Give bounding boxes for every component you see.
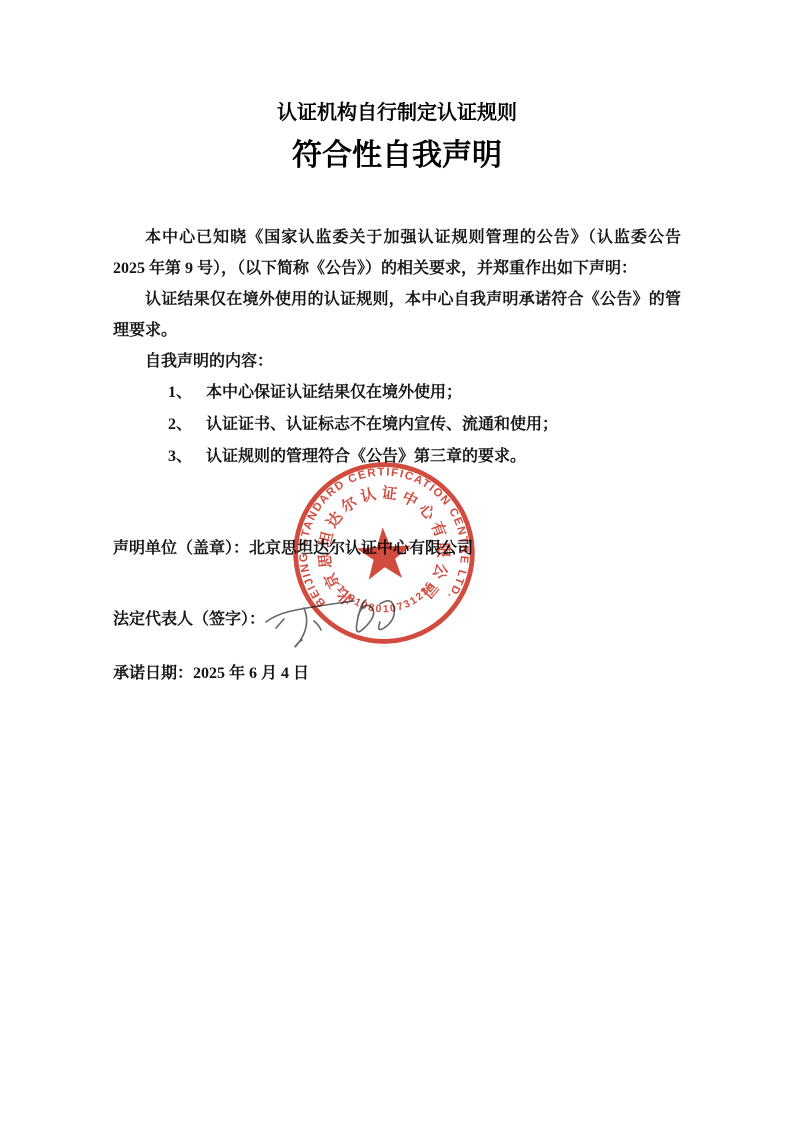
declarant-label: 声明单位（盖章）： <box>113 540 249 557</box>
list-item-1: 1、 本中心保证认证结果仅在境外使用； <box>168 377 681 409</box>
commitment-date-value: 2025 年 6 月 4 日 <box>193 665 309 682</box>
declarant-line: 声明单位（盖章）：北京思坦达尔认证中心有限公司 <box>113 533 681 564</box>
doc-title-line1: 认证机构自行制定认证规则 <box>113 100 681 126</box>
document-content: 认证机构自行制定认证规则 符合性自我声明 本中心已知晓《国家认监委关于加强认证规… <box>0 0 794 689</box>
paragraph-declaration-heading: 自我声明的内容： <box>113 346 681 377</box>
commitment-date-line: 承诺日期：2025 年 6 月 4 日 <box>113 658 681 689</box>
doc-title-line2: 符合性自我声明 <box>113 136 681 176</box>
paragraph-intro: 本中心已知晓《国家认监委关于加强认证规则管理的公告》（认监委公告 2025 年第… <box>113 222 681 284</box>
list-item-2-marker: 2、 <box>168 409 192 441</box>
list-item-3-marker: 3、 <box>168 441 192 473</box>
list-item-2: 2、 认证证书、认证标志不在境内宣传、流通和使用； <box>168 409 681 441</box>
list-item-1-marker: 1、 <box>168 377 192 409</box>
declaration-list: 1、 本中心保证认证结果仅在境外使用； 2、 认证证书、认证标志不在境内宣传、流… <box>113 377 681 473</box>
list-item-2-text: 认证证书、认证标志不在境内宣传、流通和使用； <box>206 409 558 441</box>
list-item-3-text: 认证规则的管理符合《公告》第三章的要求。 <box>206 441 526 473</box>
document-page: 认证机构自行制定认证规则 符合性自我声明 本中心已知晓《国家认监委关于加强认证规… <box>0 0 794 1123</box>
declarant-company-name: 北京思坦达尔认证中心有限公司 <box>249 540 473 557</box>
legal-representative-label: 法定代表人（签字）： <box>113 611 265 628</box>
list-item-1-text: 本中心保证认证结果仅在境外使用； <box>206 377 462 409</box>
commitment-date-label: 承诺日期： <box>113 665 193 682</box>
legal-representative-line: 法定代表人（签字）： <box>113 604 681 635</box>
paragraph-commitment: 认证结果仅在境外使用的认证规则，本中心自我声明承诺符合《公告》的管理要求。 <box>113 284 681 346</box>
list-item-3: 3、 认证规则的管理符合《公告》第三章的要求。 <box>168 441 681 473</box>
